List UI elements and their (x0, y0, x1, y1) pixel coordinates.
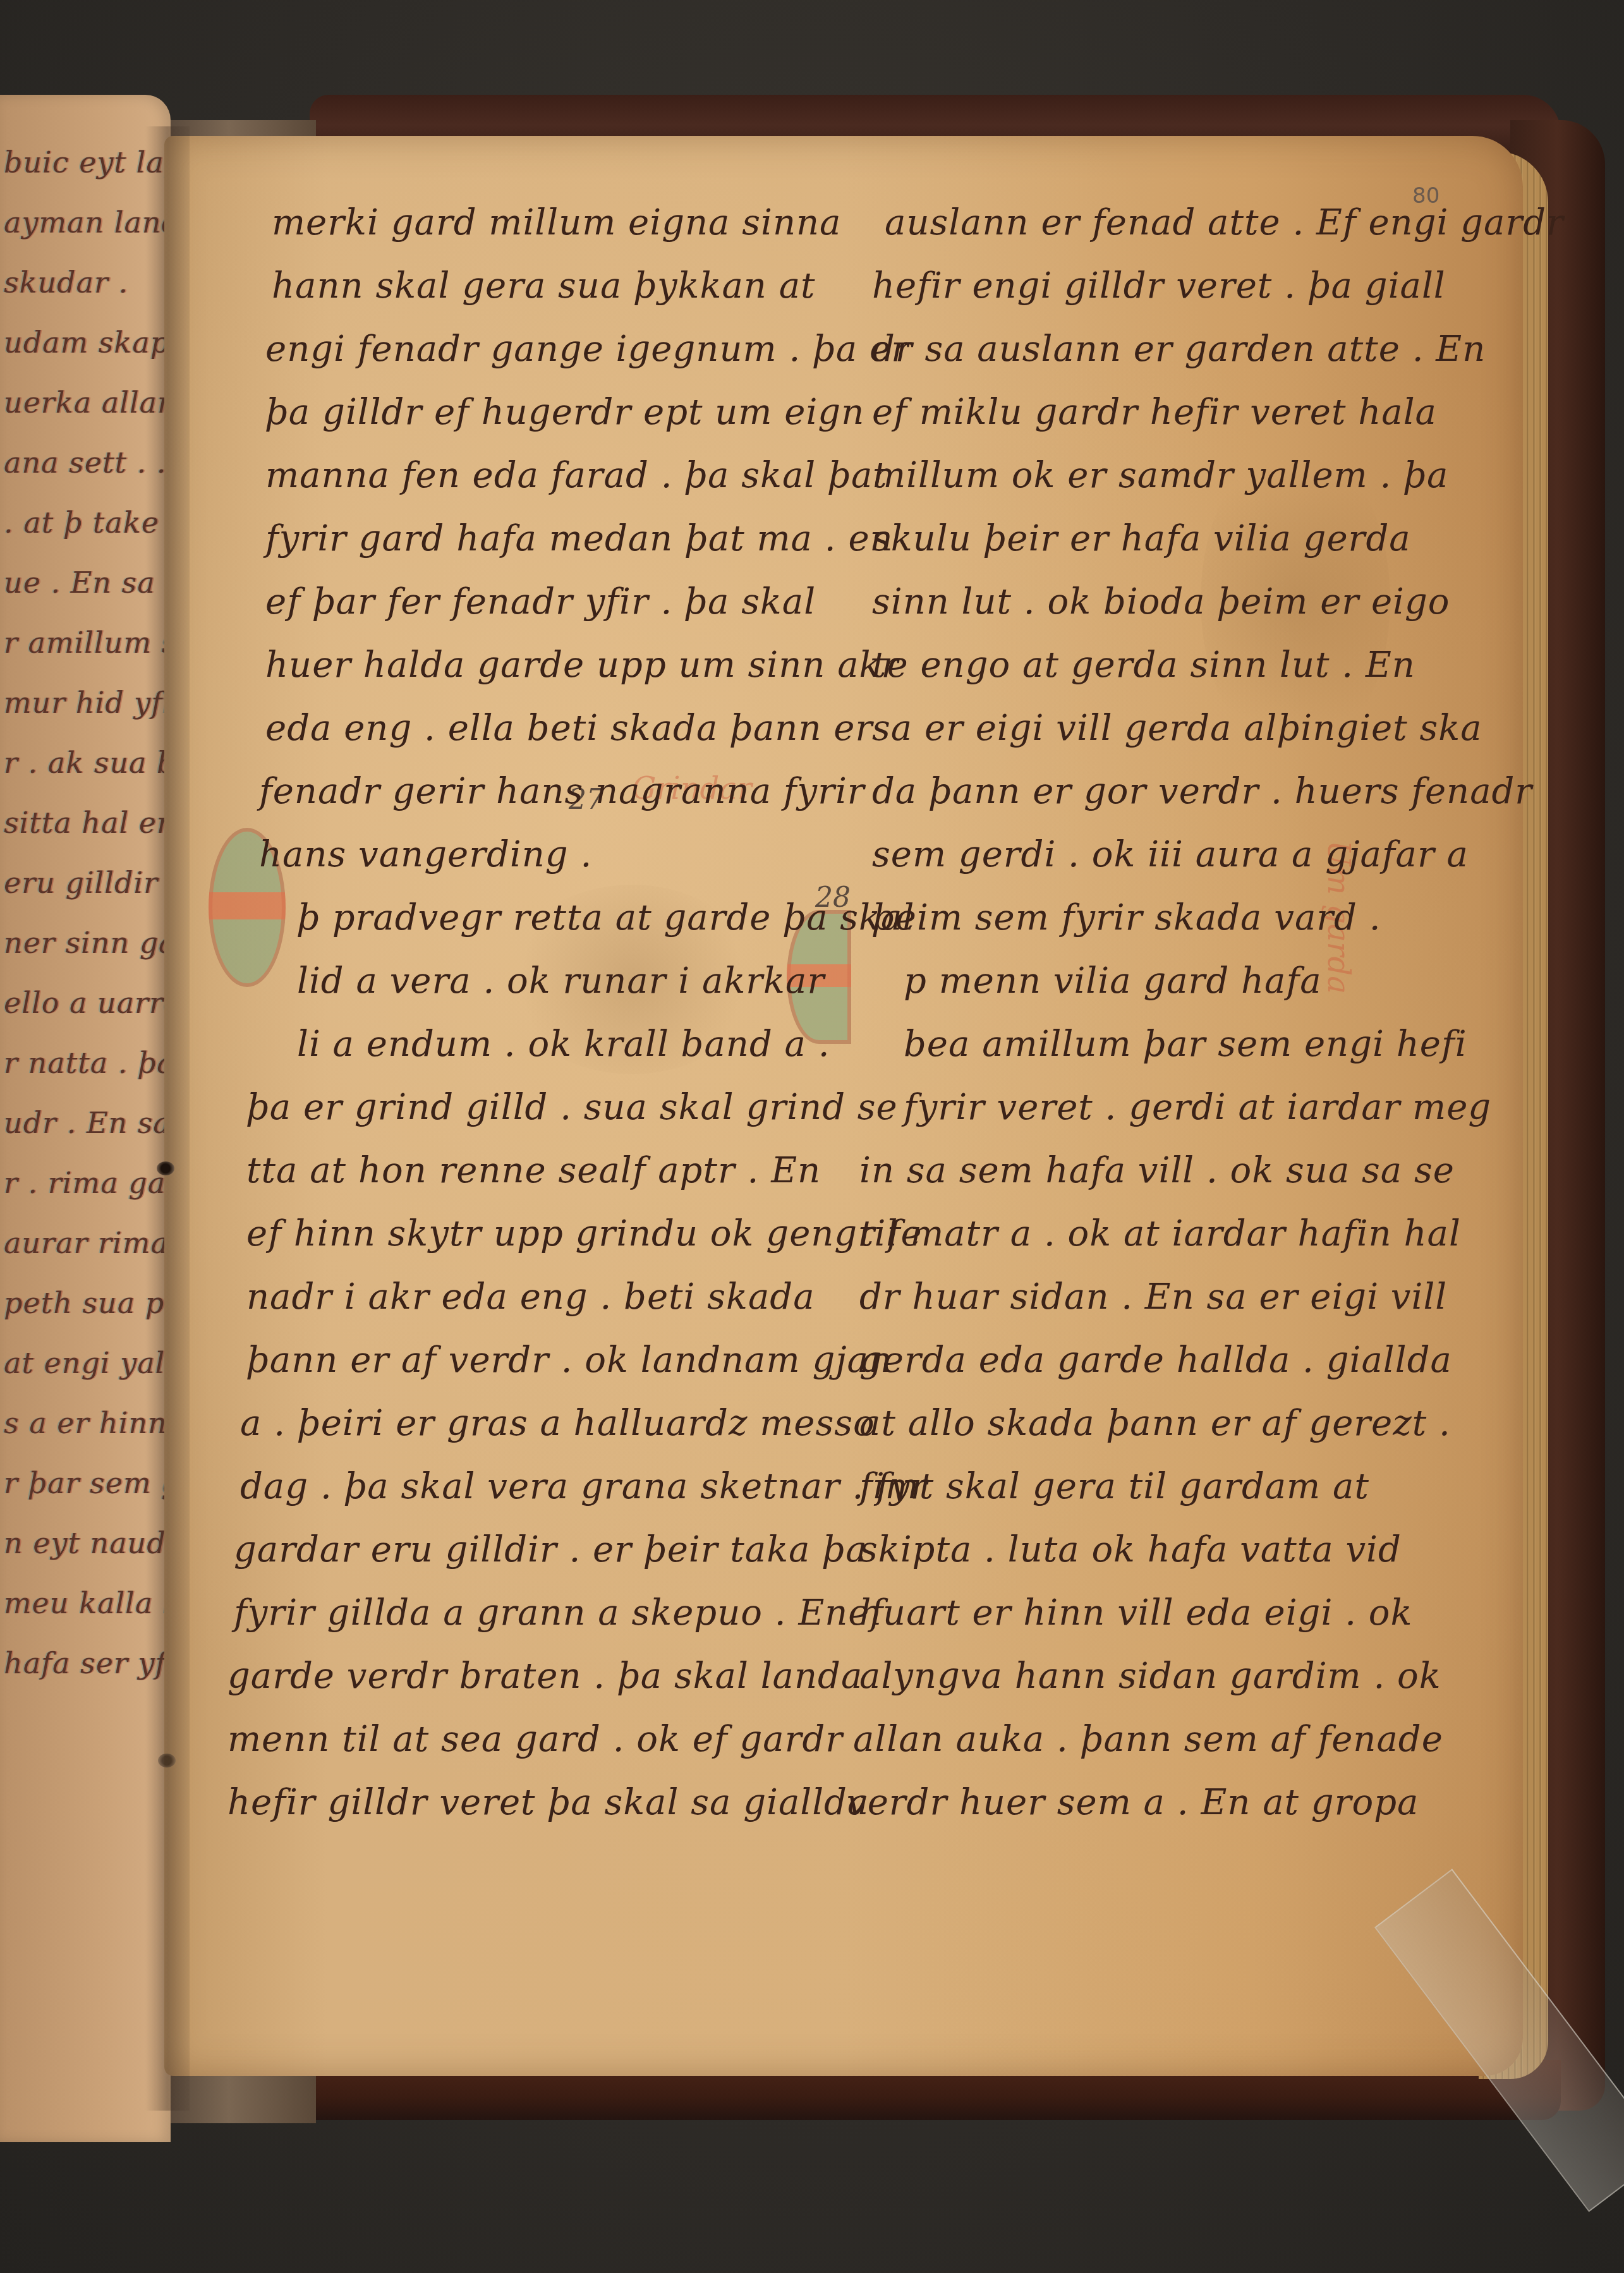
text-line: fyrir gillda a grann a skepuo . Enef (234, 1592, 883, 1634)
text-line: manna fen eda farad . þa skal þat (265, 455, 888, 496)
text-line: gerda eda garde hallda . giallda (859, 1340, 1452, 1381)
text-line: hann skal gera sua þykkan at (272, 265, 816, 306)
text-line: li a endum . ok krall band a . (297, 1024, 830, 1065)
text-line: ef þar fer fenadr yfir . þa skal (265, 581, 816, 622)
text-line: fenadr gerir hans nagranna fyrir (259, 771, 865, 812)
text-line: bea amillum þar sem engi hefi (904, 1024, 1467, 1065)
text-line: sa er eigi vill gerda alþingiet ska (872, 708, 1482, 749)
text-line: merki gard millum eigna sinna (272, 202, 841, 243)
text-line: dr sa auslann er garden atte . En (872, 329, 1486, 370)
manuscript-scene: buic eyt laga d ayman land nam skudar . … (0, 0, 1624, 2273)
text-line: ef hinn skytr upp grindu ok gengr fe (246, 1213, 923, 1254)
text-line: at allo skada þann er af gerezt . (859, 1403, 1451, 1444)
text-line: þa gilldr ef hugerdr ept um eign (265, 392, 864, 433)
text-line: ef miklu gardr hefir veret hala (872, 392, 1437, 433)
text-line: engi fenadr gange igegnum . þa er (265, 329, 909, 370)
text-line: in sa sem hafa vill . ok sua sa se (859, 1150, 1455, 1191)
text-line: allan auka . þann sem af fenade (853, 1719, 1443, 1760)
text-line: te engo at gerda sinn lut . En (872, 645, 1415, 686)
text-line: garde verdr braten . þa skal landa (227, 1656, 863, 1697)
text-line: huer halda garde upp um sinn akr (265, 645, 899, 686)
text-line: p menn vilia gard hafa (904, 961, 1322, 1002)
text-line: hans vangerding . (259, 834, 592, 875)
text-line: tta at hon renne sealf aptr . En (246, 1150, 821, 1191)
text-line: a . þeiri er gras a halluardz messo (240, 1403, 875, 1444)
text-line: fyrir veret . gerdi at iardar meg (904, 1087, 1491, 1128)
text-line: menn til at sea gard . ok ef gardr (227, 1719, 843, 1760)
text-line: þa er grind gilld . sua skal grind se (246, 1087, 898, 1128)
text-line: skulu þeir er hafa vilia gerda (872, 518, 1411, 559)
text-line: lid a vera . ok runar i akrkar (297, 961, 825, 1002)
text-line: auslann er fenad atte . Ef engi gardr (885, 202, 1564, 243)
text-line: nadr i akr eda eng . beti skada (246, 1276, 815, 1318)
text-line: verdr huer sem a . En at gropa (847, 1782, 1419, 1823)
text-line: til matr a . ok at iardar hafin hal (859, 1213, 1461, 1254)
text-line: þ pradvegr retta at garde þa skal (297, 897, 914, 938)
text-line: da þann er gor verdr . huers fenadr (872, 771, 1532, 812)
text-line: þeim sem fyrir skada vard . (872, 897, 1381, 938)
text-line: sinn lut . ok bioda þeim er eigo (872, 581, 1450, 622)
text-line: dr huar sidan . En sa er eigi vill (859, 1276, 1447, 1318)
text-line: skipta . luta ok hafa vatta vid (859, 1529, 1402, 1570)
text-line: eda eng . ella beti skada þann er (265, 708, 873, 749)
text-line: þann er af verdr . ok landnam gjan (246, 1340, 892, 1381)
gutter-shadow (145, 126, 190, 2111)
text-line: sem gerdi . ok iii aura a gjafar a (872, 834, 1469, 875)
text-line: hefir gilldr veret þa skal sa giallda (227, 1782, 869, 1823)
text-line: dag . þa skal vera grana sketnar . fyr (240, 1466, 928, 1507)
sewing-hole (158, 1754, 176, 1767)
text-line: hefir engi gilldr veret . þa giall (872, 265, 1446, 306)
sewing-hole (157, 1161, 174, 1175)
text-line: millum ok er samdr yallem . þa (872, 455, 1448, 496)
text-line: fyrir gard hafa medan þat ma . en (265, 518, 894, 559)
text-line: gardar eru gilldir . er þeir taka þa (234, 1529, 868, 1570)
verso-line: skudar . (4, 265, 128, 300)
text-line: fimt skal gera til gardam at (859, 1466, 1369, 1507)
text-line: alyngva hann sidan gardim . ok (859, 1656, 1441, 1697)
text-line: huart er hinn vill eda eigi . ok (859, 1592, 1412, 1634)
